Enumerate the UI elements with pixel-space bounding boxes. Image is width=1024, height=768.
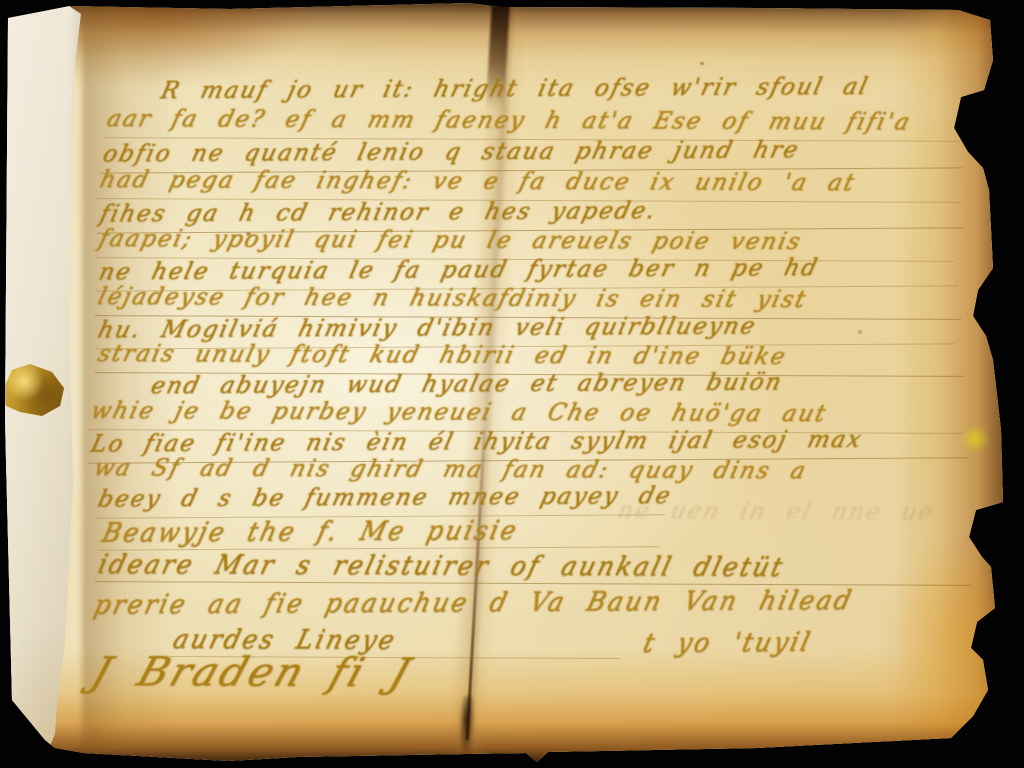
script-line-20: t yo 'tuyil: [640, 627, 950, 660]
photo-backdrop: R mauf jo ur it: hright ita ofse w'rir s…: [0, 0, 1024, 768]
script-line-18: prerie aa fie paauchue d Va Baun Van hil…: [91, 585, 969, 621]
handwriting-layer: R mauf jo ur it: hright ita ofse w'rir s…: [0, 0, 1024, 768]
manuscript-page: R mauf jo ur it: hright ita ofse w'rir s…: [0, 0, 1024, 768]
signature: J Braden fi J: [86, 649, 646, 682]
script-line-1: R mauf jo ur it: hright ita ofse w'rir s…: [158, 74, 938, 110]
script-line-15: beey d s be fummene mnee payey de: [95, 483, 665, 518]
script-line-16: Beawyje the f. Me puisie: [99, 515, 659, 550]
script-line-17: ideare Mar s relistuirer of aunkall dlet…: [95, 550, 971, 586]
ghost-impression: ne uen in el nne ue: [615, 498, 945, 530]
